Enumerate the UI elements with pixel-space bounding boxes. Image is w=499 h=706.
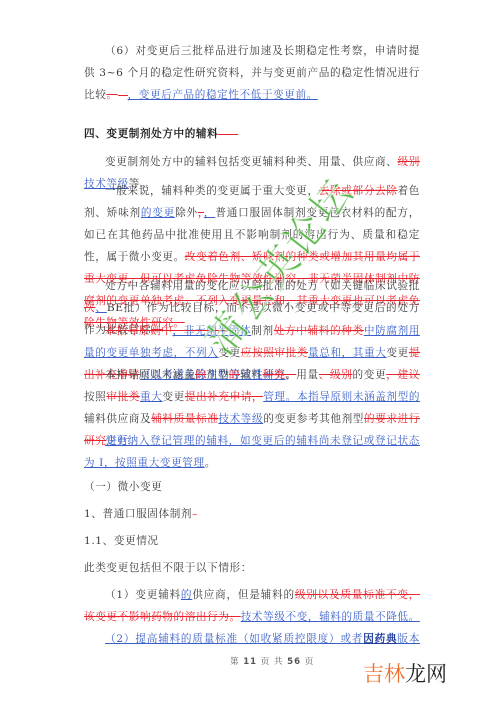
body-text: 辅料	[240, 369, 263, 381]
body-text: 供应商，但是辅料的	[192, 589, 295, 601]
deleted-text: 辅料质量标准	[151, 413, 218, 425]
heading-text: 1、普通口服固体制剂	[84, 508, 192, 520]
inserted-text: 技术等级不变，辅料的质量不降低。	[241, 611, 420, 623]
subsection-heading: 1、普通口服固体制剂–	[84, 503, 420, 525]
inserted-text: （2）提高辅料的质量标准（如收紧质控限度）或者	[105, 633, 363, 645]
section-heading: 四、变更制剂处方中的辅料	[84, 123, 420, 145]
body-text: 一般来说，辅料种类的变更属于重大变更，	[105, 185, 319, 197]
list-item: （2）提高辅料的质量标准（如收紧质控限度）或者因药典版本的更新或增补而引起	[84, 628, 420, 650]
logo-orange-text: 吉林	[363, 662, 405, 686]
inserted-text: 的变更	[141, 207, 175, 219]
body-text: 变更	[162, 391, 184, 403]
deleted-text: 应按照审批类	[241, 347, 308, 359]
body-text: 除外	[175, 207, 198, 219]
deleted-text: 处方中辅料的种类	[274, 325, 364, 337]
current-page: 11	[243, 657, 257, 667]
body-text: 剂型	[206, 369, 229, 381]
paragraph-includes: 此类变更包括但不限于以下情形：	[84, 557, 420, 579]
heading-text: 1.1、变更情况	[84, 535, 159, 547]
body-text: 变更制剂处方中的辅料包括变更辅料种类、用量、供应商、	[105, 156, 398, 168]
body-text: 本指导原则未涵盖	[105, 369, 195, 381]
body-text: 辅料供应商及	[84, 413, 151, 425]
deleted-text: 种类、	[263, 369, 297, 381]
inserted-text: 技术等级	[218, 413, 263, 425]
body-text: 的变更参考其他剂型	[263, 413, 364, 425]
list-item: （1）变更辅料的供应商，但是辅料的级别以及质量标准不变，该变更不影响药物的溶出行…	[84, 584, 420, 628]
site-logo: 吉林龙网	[363, 658, 447, 688]
inserted-text: 量总和，其重大	[308, 347, 386, 359]
page-suffix: 页	[305, 657, 315, 667]
deleted-text: 的	[229, 369, 240, 381]
body-text: 的变更	[353, 369, 387, 381]
body-text: 此类变更包括但不限于以下情形：	[84, 562, 252, 574]
deleted-text: 。	[106, 89, 117, 101]
deleted-text: 次	[84, 302, 95, 314]
deleted-text: ，建议	[386, 369, 420, 381]
document-page: （6）对变更后三批样品进行加速及长期稳定性考察，申请时提供 3~6 个月的稳定性…	[0, 0, 499, 706]
deleted-text: 本指导原则中	[105, 325, 173, 337]
inserted-text: ，	[204, 207, 215, 219]
logo-black-text: 龙网	[405, 662, 447, 686]
inserted-text: 变更纳入登记管理的辅料，如变更后的辅料尚未登记或登记状态为 I，按照重大变更管理	[84, 435, 420, 469]
deleted-text: 审批类	[106, 391, 140, 403]
body-text: 变更	[218, 347, 240, 359]
page-mid: 页 共	[261, 657, 284, 667]
inserted-text: 重大	[140, 391, 162, 403]
deletion-mark	[218, 134, 238, 135]
page-prefix: 第	[230, 657, 240, 667]
body-text: 制剂	[251, 325, 274, 337]
deletion-mark	[118, 95, 128, 96]
subsection-heading: （一）微小变更	[84, 476, 420, 498]
paragraph-stability-study: （6）对变更后三批样品进行加速及长期稳定性考察，申请时提供 3~6 个月的稳定性…	[84, 40, 420, 106]
body-text: 变更	[386, 347, 408, 359]
total-pages: 56	[287, 657, 301, 667]
deleted-text: 、级别	[319, 369, 353, 381]
inserted-text: ，变更后产品的稳定性不低于变更前。	[128, 89, 318, 101]
inserted-text: 因药典	[363, 633, 397, 645]
body-text: 用量	[296, 369, 319, 381]
page-number: 第 11 页 共 56 页	[230, 655, 314, 667]
deleted-text: 去除或部分去除	[319, 185, 398, 197]
inserted-text: ，非无菌半固体	[173, 325, 252, 337]
body-text: 处方中各辅料用量的变化应以原批准的处方（如关键临床试验批	[105, 280, 420, 292]
deleted-text: 提出补充申请，	[185, 391, 263, 403]
body-text: （1）变更辅料	[105, 589, 181, 601]
body-text: 。	[205, 457, 216, 469]
heading-text: 四、变更制剂处方中的辅料	[84, 128, 218, 140]
subsection-heading: 1.1、变更情况	[84, 530, 420, 552]
inserted-text: 管理。本指导原则未涵盖剂型的	[263, 391, 420, 403]
deleted-text: 级别	[398, 156, 420, 168]
body-text: 按照	[84, 391, 106, 403]
paragraph-registration: 变更纳入登记管理的辅料，如变更后的辅料尚未登记或登记状态为 I，按照重大变更管理…	[84, 430, 420, 474]
inserted-text: 的	[181, 589, 192, 601]
inserted-text: 、	[95, 302, 106, 314]
heading-text: （一）微小变更	[84, 481, 162, 493]
deleted-text: 的	[195, 369, 206, 381]
